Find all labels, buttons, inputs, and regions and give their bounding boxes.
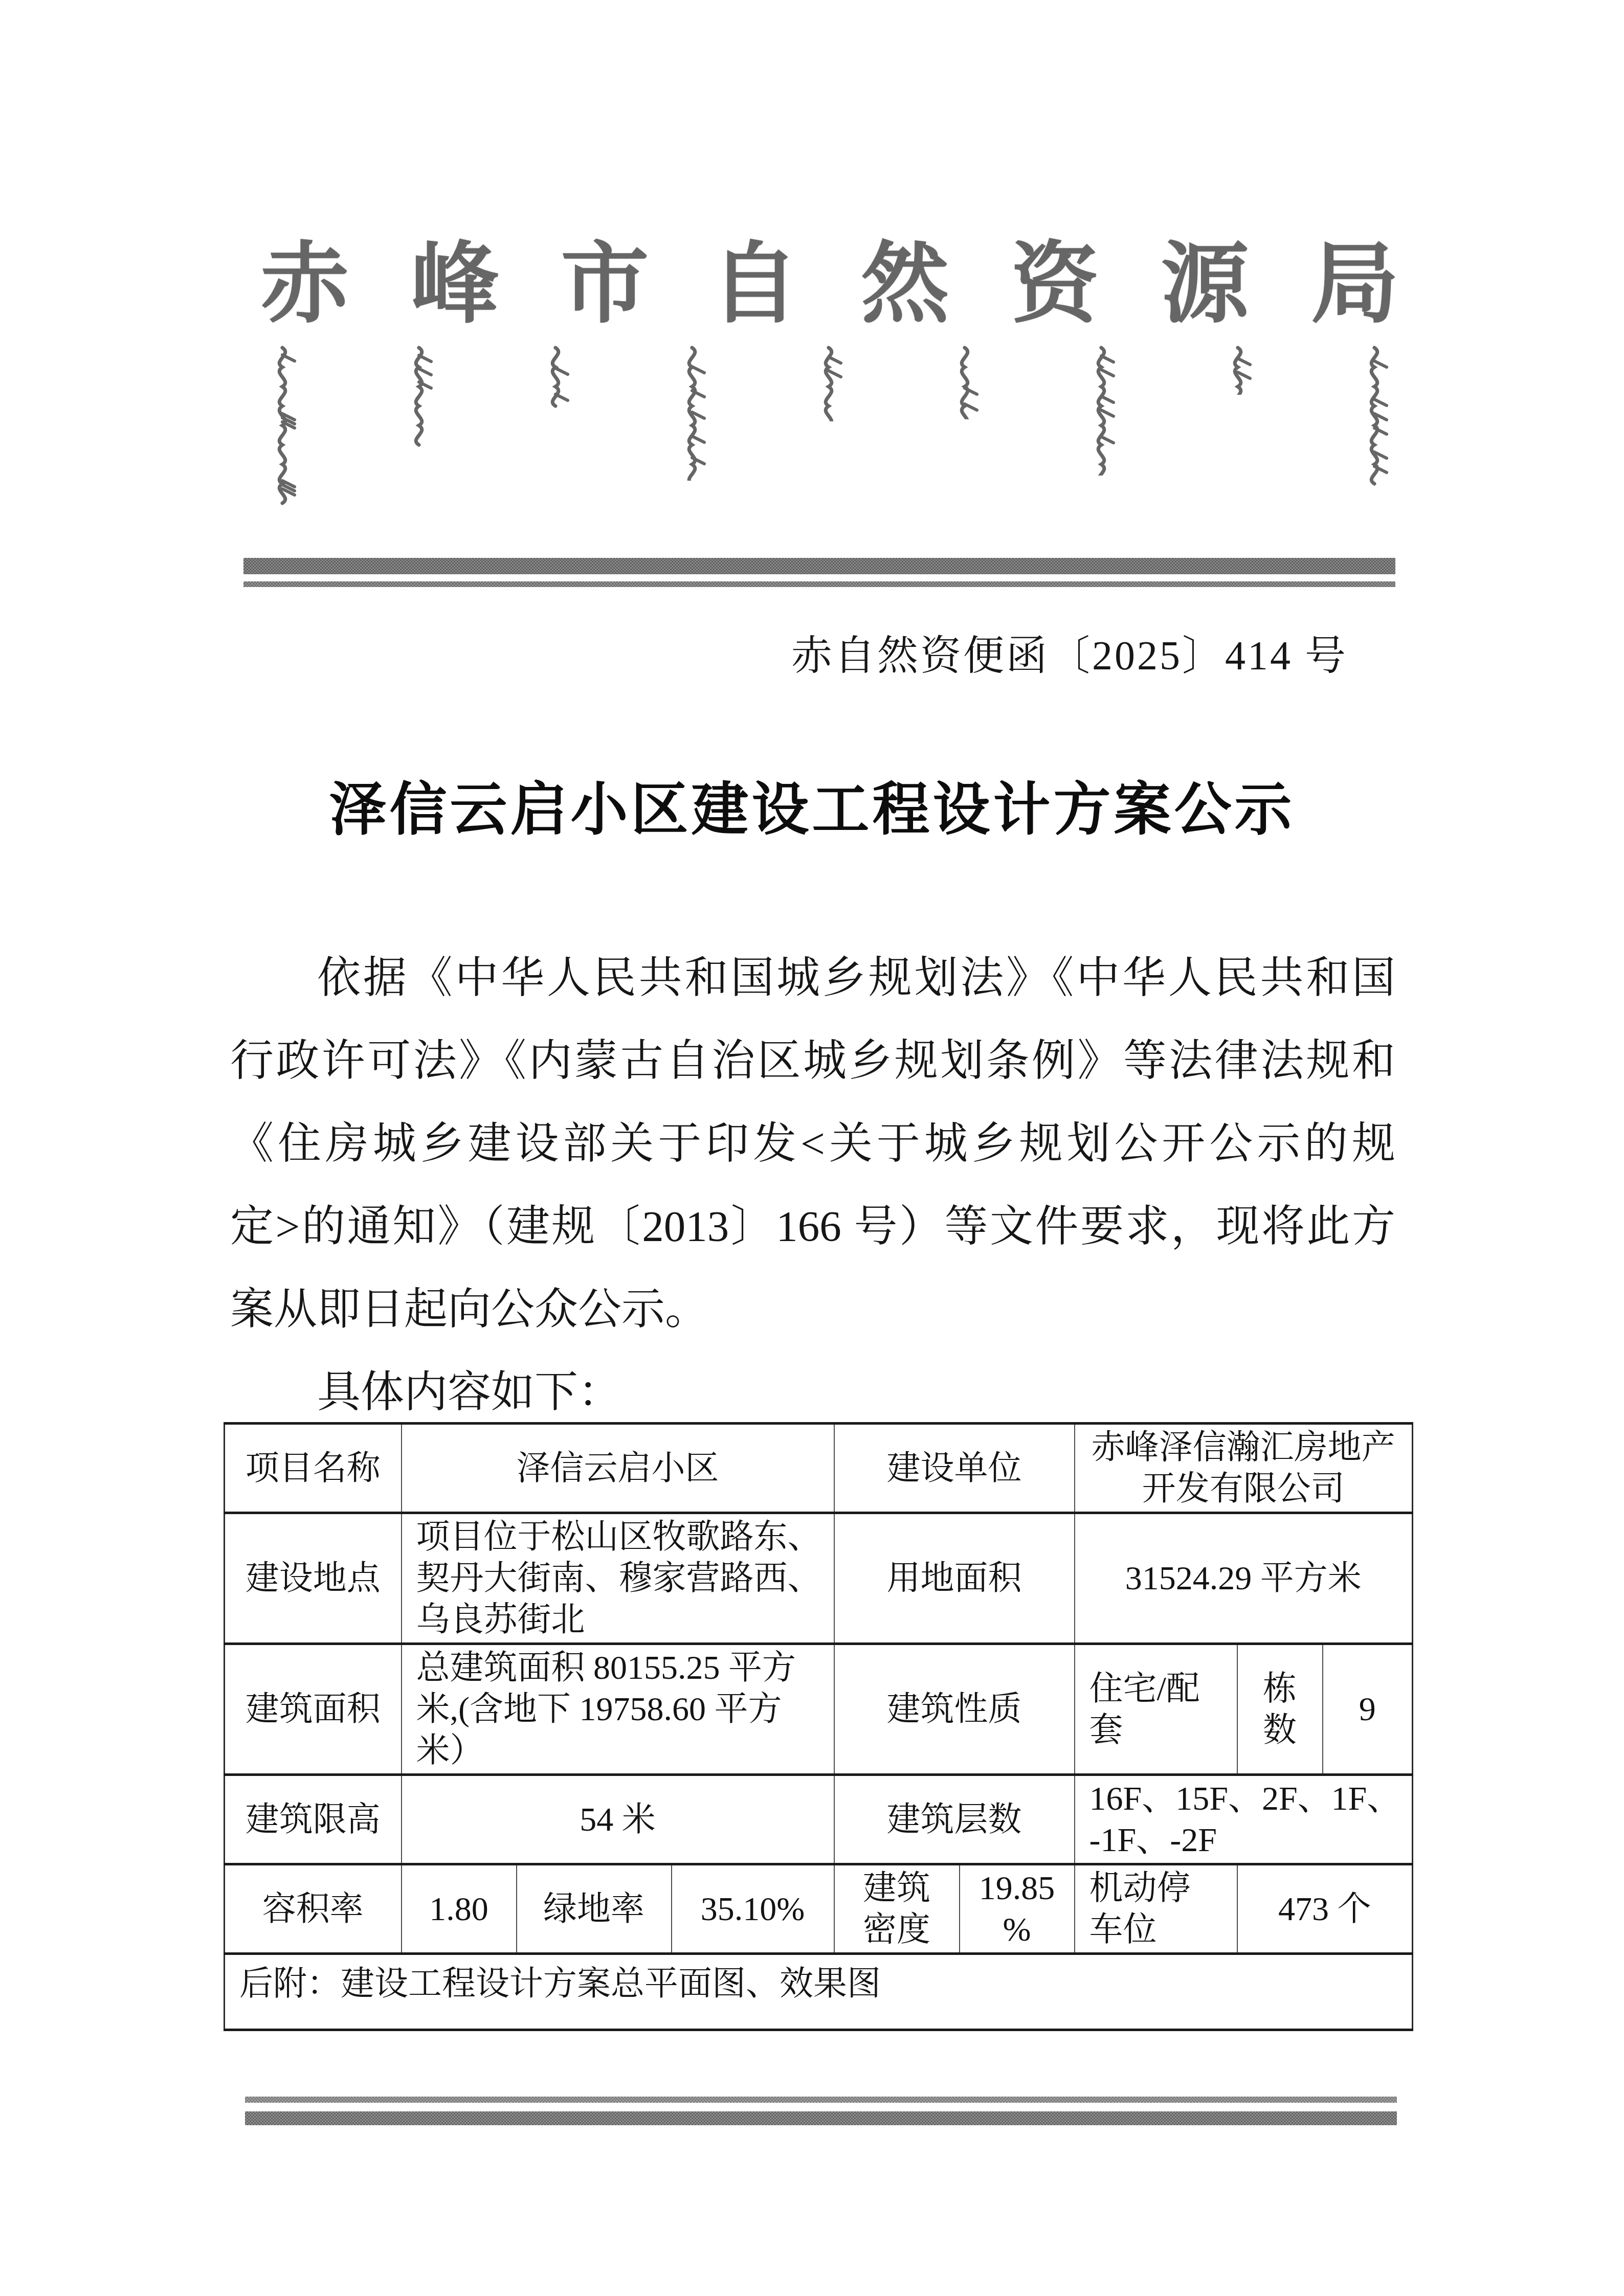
cell-location-label: 建设地点 [225, 1513, 402, 1644]
table-row: 建筑面积 总建筑面积 80155.25 平方 米,(含地下 19758.60 平… [225, 1644, 1413, 1775]
mongolian-script-column [1358, 344, 1394, 488]
letterhead-char: 资 [1011, 233, 1099, 337]
cell-density-value: 19.85 % [960, 1864, 1075, 1954]
page-title: 泽信云启小区建设工程设计方案公示 [0, 778, 1624, 843]
table-row: 建筑限高 54 米 建筑层数 16F、15F、2F、1F、 -1F、-2F [225, 1775, 1413, 1864]
mongolian-script-column [1221, 344, 1257, 395]
cell-building-type-value: 住宅/配 套 [1075, 1644, 1237, 1775]
body-line: 定>的通知》（建规〔2013〕166 号）等文件要求，现将此方 [230, 1185, 1395, 1268]
table-row: 建设地点 项目位于松山区牧歌路东、 契丹大街南、穆家营路西、 乌良苏街北 用地面… [225, 1513, 1413, 1644]
letterhead-char: 然 [861, 233, 949, 337]
body-line: 《住房城乡建设部关于印发<关于城乡规划公开公示的规 [230, 1102, 1395, 1185]
document-page: 赤 峰 市 自 然 资 源 局 ᠤᠯᠠᠭᠠᠨᠬᠠᠳᠠ ᠬᠣᠲᠠ ᠶᠢᠨ ᠪᠠᠶᠢ… [0, 0, 1624, 2296]
letterhead-char: 自 [711, 233, 799, 337]
cell-density-label: 建筑 密度 [834, 1864, 960, 1954]
project-info-table: 项目名称 泽信云启小区 建设单位 赤峰泽信瀚汇房地产 开发有限公司 建设地点 项… [224, 1422, 1413, 2031]
cell-height-limit-label: 建筑限高 [225, 1775, 402, 1864]
mongolian-script-column [539, 344, 575, 409]
cell-parking-value: 473 个 [1237, 1864, 1413, 1954]
mongolian-script-column [676, 344, 711, 481]
cell-building-type-label: 建筑性质 [834, 1644, 1075, 1775]
cell-storeys-value: 16F、15F、2F、1F、 -1F、-2F [1075, 1775, 1413, 1864]
cell-storeys-label: 建筑层数 [834, 1775, 1075, 1864]
body-line: 行政许可法》《内蒙古自治区城乡规划条例》等法律法规和 [230, 1020, 1395, 1102]
cell-plot-ratio-label: 容积率 [225, 1864, 402, 1954]
letterhead-char: 赤 [261, 233, 349, 337]
footer-rule-thin [245, 2097, 1397, 2103]
table-row: 容积率 1.80 绿地率 35.10% 建筑 密度 19.85 % 机动停 车位… [225, 1864, 1413, 1954]
letterhead-rule-thick [243, 558, 1395, 574]
cell-height-limit-value: 54 米 [402, 1775, 834, 1864]
body-text: 依据《中华人民共和国城乡规划法》《中华人民共和国 行政许可法》《内蒙古自治区城乡… [230, 937, 1395, 1434]
table-row: 项目名称 泽信云启小区 建设单位 赤峰泽信瀚汇房地产 开发有限公司 [225, 1424, 1413, 1513]
cell-building-count-value: 9 [1323, 1644, 1413, 1775]
letterhead-rule-thin [243, 581, 1395, 587]
cell-building-count-label: 栋 数 [1237, 1644, 1323, 1775]
mongolian-script-column [266, 344, 302, 506]
letterhead-char: 局 [1311, 233, 1399, 337]
cell-location-value: 项目位于松山区牧歌路东、 契丹大街南、穆家营路西、 乌良苏街北 [402, 1513, 834, 1644]
cell-floor-area-label: 建筑面积 [225, 1644, 402, 1775]
letterhead-title: 赤 峰 市 自 然 资 源 局 [261, 233, 1399, 337]
cell-land-area-label: 用地面积 [834, 1513, 1075, 1644]
mongolian-script-column [403, 344, 438, 448]
cell-project-name-value: 泽信云启小区 [402, 1424, 834, 1513]
cell-land-area-value: 31524.29 平方米 [1075, 1513, 1413, 1644]
mongolian-script: ᠤᠯᠠᠭᠠᠨᠬᠠᠳᠠ ᠬᠣᠲᠠ ᠶᠢᠨ ᠪᠠᠶᠢᠭᠠᠯᠢ ᠶᠢᠨ ᠡᠬᠢ ᠪᠠᠶ… [266, 344, 1394, 512]
body-line: 案从即日起向公众公示。 [230, 1268, 1395, 1351]
mongolian-script-column [948, 344, 984, 419]
cell-plot-ratio-value: 1.80 [402, 1864, 517, 1954]
mongolian-script-column [812, 344, 848, 421]
cell-green-ratio-value: 35.10% [672, 1864, 834, 1954]
cell-parking-label: 机动停 车位 [1075, 1864, 1237, 1954]
cell-project-name-label: 项目名称 [225, 1424, 402, 1513]
letterhead-char: 峰 [411, 233, 499, 337]
doc-number: 赤自然资便函〔2025〕414 号 [791, 632, 1348, 681]
table-row: 后附：建设工程设计方案总平面图、效果图 [225, 1954, 1413, 2030]
footer-rule-thick [245, 2111, 1397, 2125]
cell-floor-area-value: 总建筑面积 80155.25 平方 米,(含地下 19758.60 平方 米） [402, 1644, 834, 1775]
letterhead-char: 市 [561, 233, 649, 337]
cell-builder-label: 建设单位 [834, 1424, 1075, 1513]
cell-green-ratio-label: 绿地率 [517, 1864, 672, 1954]
body-line: 依据《中华人民共和国城乡规划法》《中华人民共和国 [230, 937, 1395, 1020]
body-line: 具体内容如下： [230, 1351, 1395, 1434]
cell-builder-value: 赤峰泽信瀚汇房地产 开发有限公司 [1075, 1424, 1413, 1513]
mongolian-script-column [1085, 344, 1121, 476]
cell-attachment-note: 后附：建设工程设计方案总平面图、效果图 [225, 1954, 1413, 2030]
letterhead-char: 源 [1161, 233, 1249, 337]
